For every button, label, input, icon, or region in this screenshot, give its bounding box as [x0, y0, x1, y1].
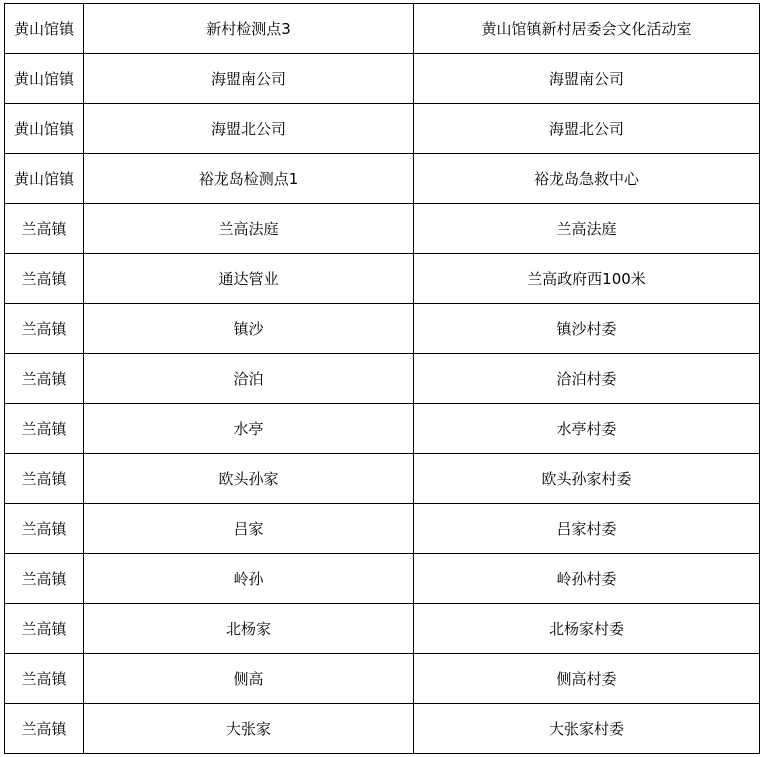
town-cell: 兰高镇	[5, 704, 84, 754]
town-cell: 黄山馆镇	[5, 54, 84, 104]
location-cell: 兰高政府西100米	[414, 254, 760, 304]
site-cell: 岭孙	[84, 554, 414, 604]
site-cell: 大张家	[84, 704, 414, 754]
location-cell: 侧高村委	[414, 654, 760, 704]
table-body: 黄山馆镇新村检测点3黄山馆镇新村居委会文化活动室黄山馆镇海盟南公司海盟南公司黄山…	[5, 4, 760, 754]
table-row: 黄山馆镇新村检测点3黄山馆镇新村居委会文化活动室	[5, 4, 760, 54]
table-row: 黄山馆镇海盟南公司海盟南公司	[5, 54, 760, 104]
town-cell: 兰高镇	[5, 204, 84, 254]
table-row: 兰高镇吕家吕家村委	[5, 504, 760, 554]
table-row: 兰高镇大张家大张家村委	[5, 704, 760, 754]
town-cell: 兰高镇	[5, 404, 84, 454]
site-cell: 水亭	[84, 404, 414, 454]
location-cell: 岭孙村委	[414, 554, 760, 604]
location-cell: 裕龙岛急救中心	[414, 154, 760, 204]
site-cell: 裕龙岛检测点1	[84, 154, 414, 204]
town-cell: 黄山馆镇	[5, 4, 84, 54]
site-cell: 欧头孙家	[84, 454, 414, 504]
table-row: 兰高镇通达管业兰高政府西100米	[5, 254, 760, 304]
testing-sites-table: 黄山馆镇新村检测点3黄山馆镇新村居委会文化活动室黄山馆镇海盟南公司海盟南公司黄山…	[4, 3, 760, 754]
table-row: 兰高镇北杨家北杨家村委	[5, 604, 760, 654]
site-cell: 海盟北公司	[84, 104, 414, 154]
site-cell: 通达管业	[84, 254, 414, 304]
location-cell: 吕家村委	[414, 504, 760, 554]
location-cell: 黄山馆镇新村居委会文化活动室	[414, 4, 760, 54]
site-cell: 镇沙	[84, 304, 414, 354]
location-cell: 水亭村委	[414, 404, 760, 454]
location-cell: 欧头孙家村委	[414, 454, 760, 504]
location-cell: 兰高法庭	[414, 204, 760, 254]
table-row: 兰高镇洽泊洽泊村委	[5, 354, 760, 404]
location-cell: 海盟南公司	[414, 54, 760, 104]
table-row: 兰高镇兰高法庭兰高法庭	[5, 204, 760, 254]
town-cell: 兰高镇	[5, 304, 84, 354]
site-cell: 侧高	[84, 654, 414, 704]
table-row: 兰高镇镇沙镇沙村委	[5, 304, 760, 354]
town-cell: 兰高镇	[5, 604, 84, 654]
table-row: 兰高镇水亭水亭村委	[5, 404, 760, 454]
table-row: 兰高镇欧头孙家欧头孙家村委	[5, 454, 760, 504]
site-cell: 北杨家	[84, 604, 414, 654]
town-cell: 兰高镇	[5, 354, 84, 404]
location-cell: 镇沙村委	[414, 304, 760, 354]
site-cell: 海盟南公司	[84, 54, 414, 104]
town-cell: 黄山馆镇	[5, 104, 84, 154]
table-row: 黄山馆镇裕龙岛检测点1裕龙岛急救中心	[5, 154, 760, 204]
town-cell: 兰高镇	[5, 454, 84, 504]
town-cell: 兰高镇	[5, 654, 84, 704]
town-cell: 兰高镇	[5, 554, 84, 604]
location-cell: 洽泊村委	[414, 354, 760, 404]
site-cell: 新村检测点3	[84, 4, 414, 54]
table-row: 黄山馆镇海盟北公司海盟北公司	[5, 104, 760, 154]
town-cell: 黄山馆镇	[5, 154, 84, 204]
location-cell: 大张家村委	[414, 704, 760, 754]
site-cell: 洽泊	[84, 354, 414, 404]
town-cell: 兰高镇	[5, 504, 84, 554]
site-cell: 兰高法庭	[84, 204, 414, 254]
location-cell: 海盟北公司	[414, 104, 760, 154]
town-cell: 兰高镇	[5, 254, 84, 304]
table-row: 兰高镇侧高侧高村委	[5, 654, 760, 704]
site-cell: 吕家	[84, 504, 414, 554]
location-cell: 北杨家村委	[414, 604, 760, 654]
table-row: 兰高镇岭孙岭孙村委	[5, 554, 760, 604]
